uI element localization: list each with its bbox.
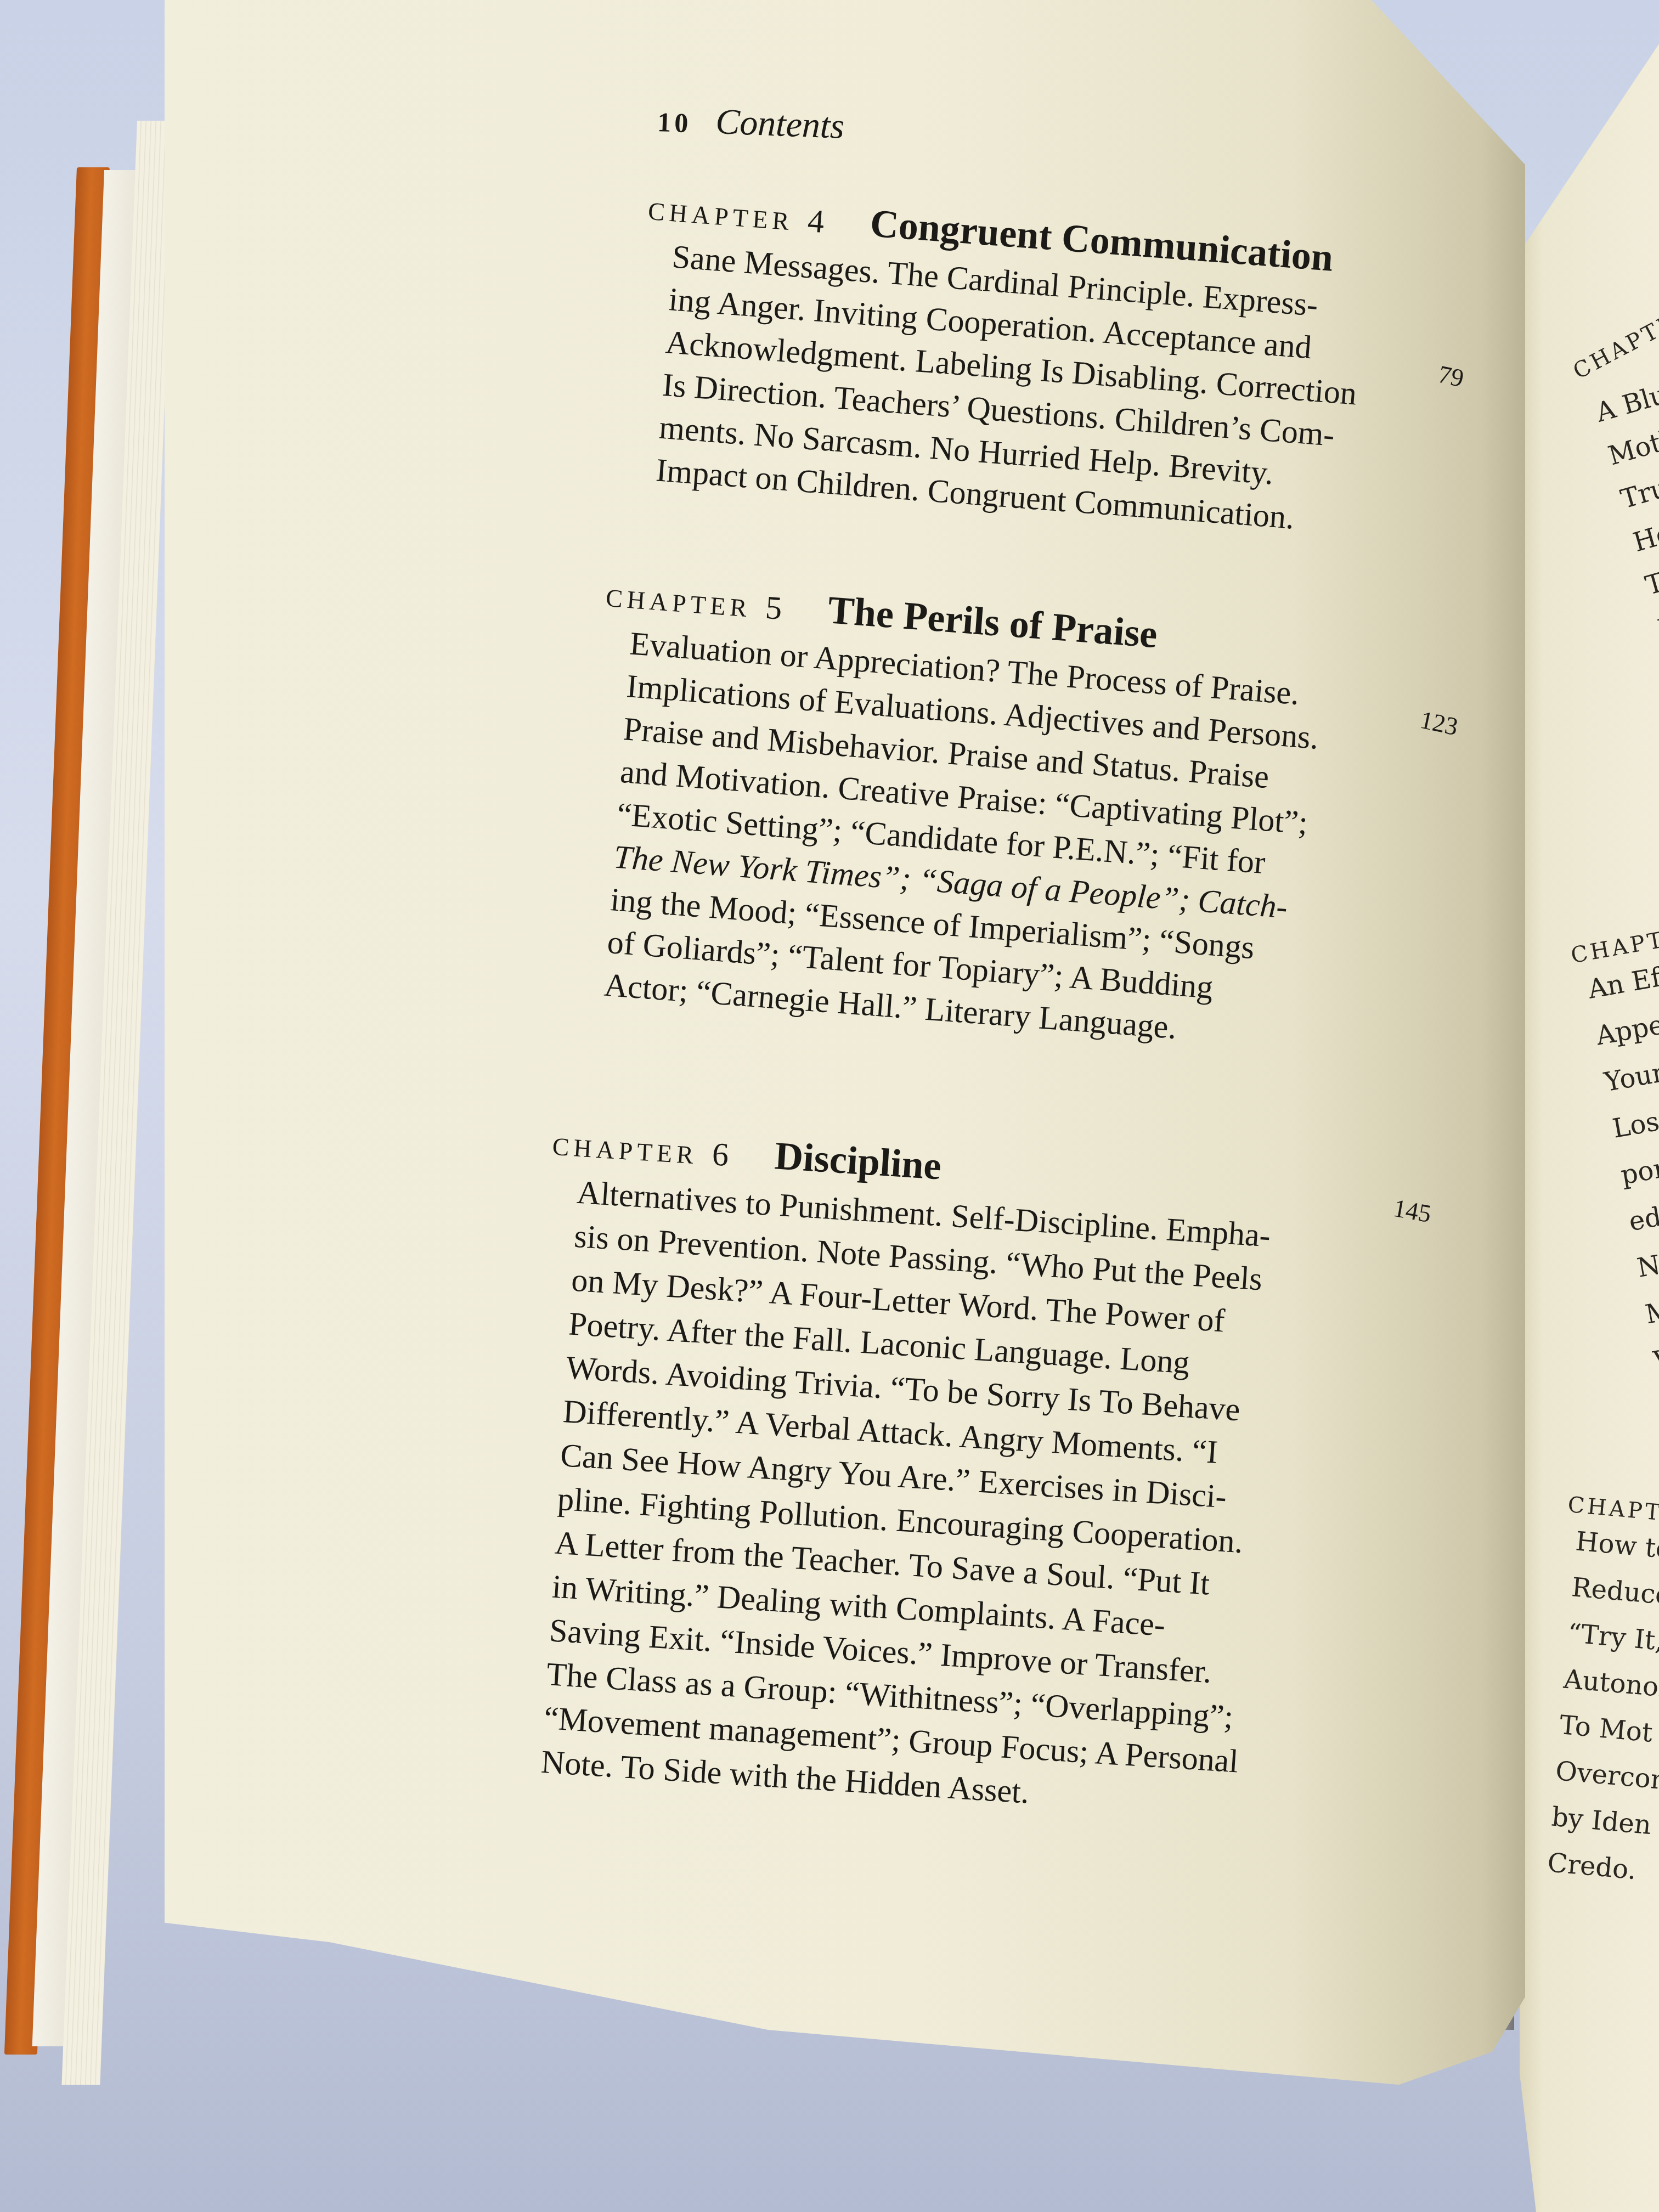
chapter-summary: Alternatives to Punishment. Self-Discipl… — [512, 1169, 1394, 1835]
chapter-number: 6 — [711, 1135, 730, 1174]
chapter-number: 5 — [764, 589, 783, 628]
toc-chapter-6: CHAPTER 6 Discipline Alternatives to Pun… — [512, 1119, 1397, 1835]
toc-chapter-4: CHAPTER 4 Congruent Communication Sane M… — [627, 184, 1432, 548]
running-head-title: Contents — [715, 101, 845, 146]
text-layer: 10 Contents CHAPTER 4 Congruent Communic… — [0, 0, 1659, 2212]
chapter-label: CHAPTER — [1569, 300, 1659, 384]
right-page-chapter-2: CHAPTER An Effect Appeal t Your Te Lost … — [1569, 920, 1659, 1387]
chapter-title: Discipline — [774, 1133, 943, 1189]
right-page-chapter-1-body: A Bluepri Mother an Trust. Sy Home.” F T… — [1580, 353, 1659, 871]
chapter-page-number: 79 — [1436, 359, 1466, 393]
page-folio: 10 — [657, 106, 692, 138]
chapter-label: CHAPTER — [551, 1132, 698, 1170]
chapter-page-number: 145 — [1391, 1193, 1434, 1228]
chapter-label: CHAPTER — [605, 583, 752, 623]
chapter-page-number: 123 — [1418, 705, 1461, 741]
chapter-label: CHAPTER — [647, 196, 794, 236]
chapter-summary: Evaluation or Appreciation? The Process … — [575, 620, 1414, 1065]
right-page-chapter-1: CHAPTER — [1569, 300, 1659, 384]
running-head: 10 Contents — [657, 99, 845, 148]
chapter-number: 4 — [806, 202, 826, 241]
right-page-chapter-3: CHAPTER How to Reduce “Try It, Autonom T… — [1534, 1492, 1659, 1896]
toc-chapter-5: CHAPTER 5 The Perils of Praise Evaluatio… — [575, 571, 1418, 1065]
